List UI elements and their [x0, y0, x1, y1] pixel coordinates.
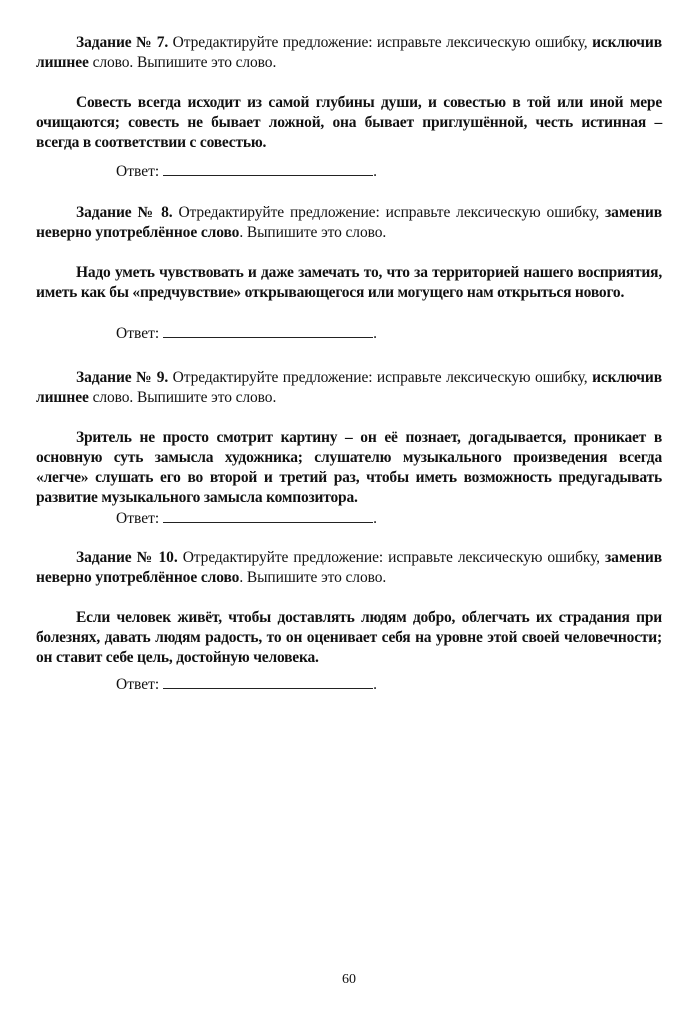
task-9-answer-field[interactable] — [163, 508, 373, 523]
task-9-answer-period: . — [373, 510, 377, 527]
task-10-instruction-text: Отредактируйте предложение: исправьте ле… — [178, 549, 605, 566]
task-8-instruction: Задание № 8. Отредактируйте предложение:… — [36, 203, 662, 243]
task-8-answer-period: . — [373, 325, 377, 342]
task-7-instruction: Задание № 7. Отредактируйте предложение:… — [36, 33, 662, 73]
task-8-instruction-text: Отредактируйте предложение: исправьте ле… — [173, 204, 606, 221]
task-10-sentence: Если человек живёт, чтобы доставлять люд… — [36, 608, 662, 668]
task-9-label: Задание № 9. — [76, 369, 168, 386]
task-10-answer-label: Ответ: — [116, 676, 159, 693]
task-10-answer-field[interactable] — [163, 674, 373, 689]
task-8-answer-field[interactable] — [163, 323, 373, 338]
task-7-instruction-text: Отредактируйте предложение: исправьте ле… — [168, 34, 592, 51]
task-9-instruction-text: Отредактируйте предложение: исправьте ле… — [168, 369, 592, 386]
task-7-answer-label: Ответ: — [116, 163, 159, 180]
task-7-answer: Ответ:. — [36, 161, 662, 182]
task-9-answer: Ответ:. — [36, 508, 662, 529]
task-8-sentence: Надо уметь чувствовать и даже замечать т… — [36, 263, 662, 303]
task-9-sentence: Зритель не просто смотрит картину – он е… — [36, 428, 662, 508]
task-9-instruction-tail: слово. Выпишите это слово. — [89, 389, 276, 406]
task-10-instruction-tail: . Выпишите это слово. — [239, 569, 386, 586]
task-7-answer-field[interactable] — [163, 161, 373, 176]
task-7-answer-period: . — [373, 163, 377, 180]
task-10-label: Задание № 10. — [76, 549, 178, 566]
task-8-answer-label: Ответ: — [116, 325, 159, 342]
task-9-answer-label: Ответ: — [116, 510, 159, 527]
task-10-instruction: Задание № 10. Отредактируйте предложение… — [36, 548, 662, 588]
task-8-instruction-tail: . Выпишите это слово. — [239, 224, 386, 241]
task-7-instruction-tail: слово. Выпишите это слово. — [89, 54, 276, 71]
page-number: 60 — [0, 972, 698, 988]
task-7-sentence: Совесть всегда исходит из самой глубины … — [36, 93, 662, 153]
task-8-label: Задание № 8. — [76, 204, 173, 221]
task-7-label: Задание № 7. — [76, 34, 168, 51]
task-10-answer: Ответ:. — [36, 674, 662, 695]
task-9-instruction: Задание № 9. Отредактируйте предложение:… — [36, 368, 662, 408]
task-10-answer-period: . — [373, 676, 377, 693]
task-8-answer: Ответ:. — [36, 323, 662, 344]
